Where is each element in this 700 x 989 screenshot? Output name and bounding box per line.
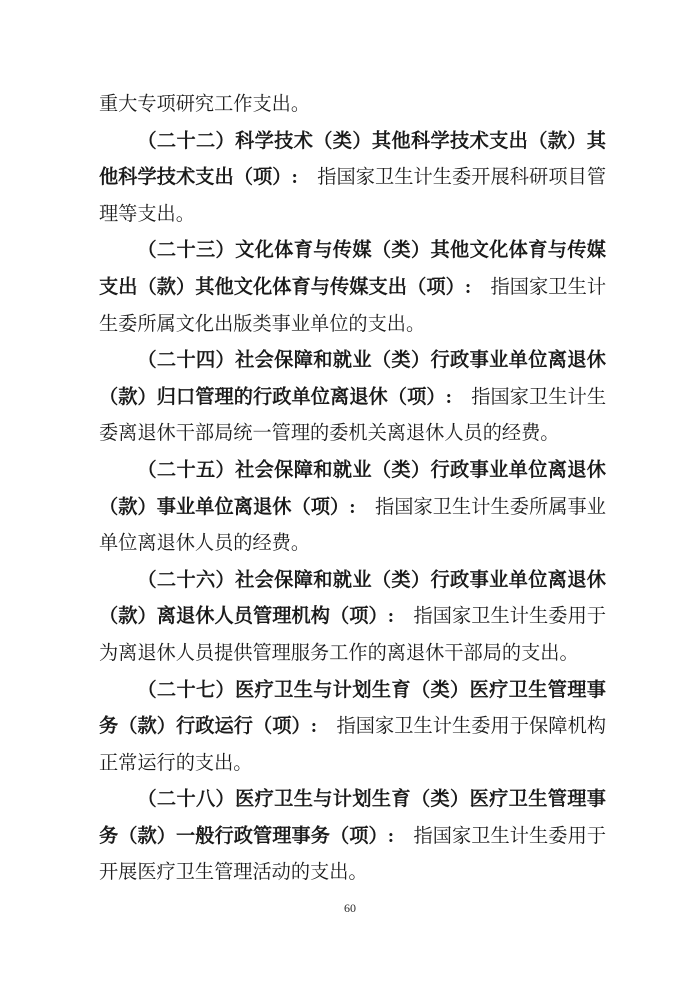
clause-paragraph-24: （二十四）社会保障和就业（类）行政事业单位离退休（款）归口管理的行政单位离退休（… bbox=[99, 343, 606, 453]
clause-paragraph-22: （二十二）科学技术（类）其他科学技术支出（款）其他科学技术支出（项）: 指国家卫… bbox=[99, 124, 606, 234]
paragraph-text: 重大专项研究工作支出。 bbox=[99, 94, 310, 115]
clause-paragraph-27: （二十七）医疗卫生与计划生育（类）医疗卫生管理事务（款）行政运行（项）: 指国家… bbox=[99, 673, 606, 783]
clause-paragraph-23: （二十三）文化体育与传媒（类）其他文化体育与传媒支出（款）其他文化体育与传媒支出… bbox=[99, 233, 606, 343]
clause-paragraph-28: （二十八）医疗卫生与计划生育（类）医疗卫生管理事务（款）一般行政管理事务（项）:… bbox=[99, 782, 606, 892]
page-number: 60 bbox=[0, 901, 700, 915]
clause-paragraph-26: （二十六）社会保障和就业（类）行政事业单位离退休（款）离退休人员管理机构（项）:… bbox=[99, 563, 606, 673]
clause-paragraph-25: （二十五）社会保障和就业（类）行政事业单位离退休（款）事业单位离退休（项）: 指… bbox=[99, 453, 606, 563]
document-page: 重大专项研究工作支出。 （二十二）科学技术（类）其他科学技术支出（款）其他科学技… bbox=[0, 0, 700, 989]
document-body: 重大专项研究工作支出。 （二十二）科学技术（类）其他科学技术支出（款）其他科学技… bbox=[99, 87, 606, 892]
paragraph-continuation: 重大专项研究工作支出。 bbox=[99, 87, 606, 124]
